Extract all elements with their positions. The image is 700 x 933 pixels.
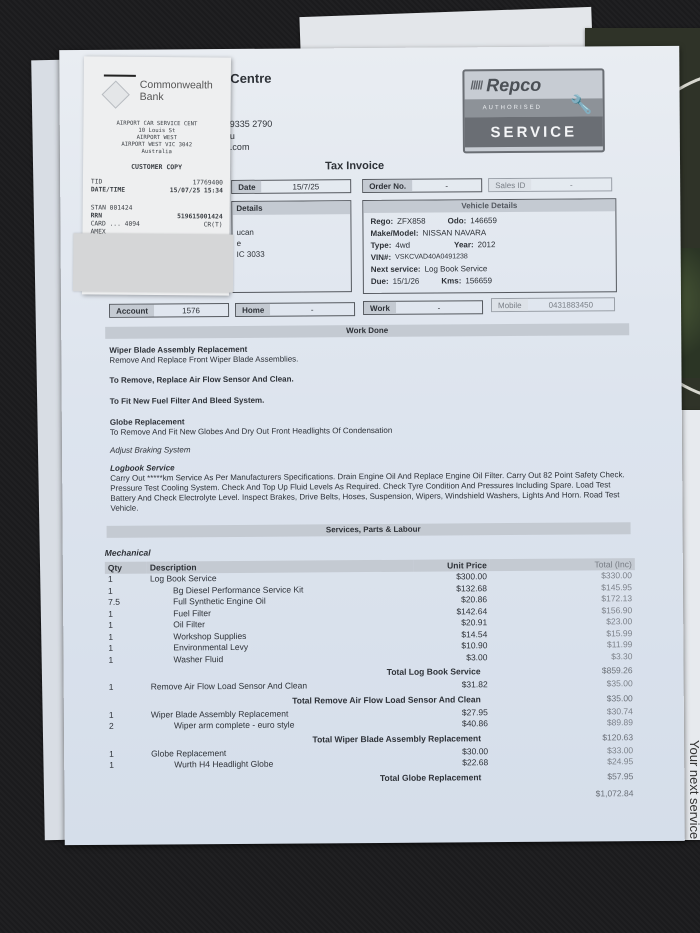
line-qty: 1 (105, 620, 147, 632)
customer-copy-label: CUSTOMER COPY (83, 162, 230, 171)
line-unit-price: $22.68 (415, 757, 491, 769)
services-table: Qty Description Unit Price Total (Inc) 1… (105, 558, 637, 805)
line-qty: 1 (106, 709, 148, 721)
repco-service-logo: ///// Repco AUTHORISED SERVICE 🔧 (462, 68, 605, 153)
subtotal-label: Total Log Book Service (148, 663, 491, 681)
line-qty: 1 (106, 748, 148, 760)
subtotal-label: Total Remove Air Flow Load Sensor And Cl… (148, 691, 491, 709)
account-label: Account (110, 305, 154, 317)
order-no-label: Order No. (363, 180, 412, 192)
home-label: Home (236, 304, 270, 316)
company-email: u (230, 131, 235, 141)
receipt-field: CARD ... 4094CR(T) (91, 220, 223, 228)
subtotal-value: $1,072.84 (491, 784, 636, 803)
subtotal-value: $57.95 (491, 768, 636, 785)
line-unit-price: $3.00 (414, 652, 490, 664)
work-item-detail: Remove And Replace Front Wiper Blade Ass… (109, 355, 298, 365)
services-header: Services, Parts & Labour (107, 522, 631, 538)
customer-details-header: Details (232, 201, 350, 215)
line-total: $145.95 (490, 582, 635, 595)
covering-tape (73, 233, 234, 292)
line-qty: 1 (105, 654, 147, 666)
line-total: $172.13 (490, 593, 635, 606)
work-item: To Fit New Fuel Filter And Bleed System. (110, 393, 630, 407)
line-qty: 1 (105, 574, 147, 586)
company-website: .com (230, 142, 250, 152)
work-item: Adjust Braking System (110, 442, 630, 456)
vehicle-details-box: Vehicle Details Rego: ZFX858 Odo: 146659… (362, 198, 617, 294)
document-title: Tax Invoice (325, 160, 384, 172)
work-item: To Remove, Replace Air Flow Sensor And C… (110, 372, 630, 386)
line-unit-price: $20.91 (414, 617, 490, 629)
bank-name: Commonwealth Bank (140, 79, 213, 104)
date-field: Date 15/7/25 (231, 179, 351, 194)
subtotal-value: $120.63 (491, 729, 636, 746)
vin-label: VIN#: (371, 252, 392, 264)
home-value: - (270, 305, 354, 315)
odo-label: Odo: (448, 215, 467, 227)
eftpos-receipt: Commonwealth Bank AIRPORT CAR SERVICE CE… (82, 56, 231, 295)
bank-logo-icon (102, 80, 130, 108)
line-total: $15.99 (490, 628, 635, 641)
date-label: Date (232, 181, 261, 193)
work-done-header: Work Done (105, 323, 629, 339)
sales-id-label: Sales ID (489, 179, 531, 191)
logo-stripes-icon: ///// (470, 78, 482, 92)
line-total: $33.00 (491, 745, 636, 758)
date-value: 15/7/25 (262, 182, 351, 192)
line-unit-price: $27.95 (415, 707, 491, 719)
customer-line: e (233, 237, 351, 249)
kms-label: Kms: (441, 275, 461, 287)
line-unit-price: $20.86 (414, 594, 490, 606)
mobile-label: Mobile (492, 299, 528, 311)
line-total: $156.90 (490, 605, 635, 618)
work-item: Logbook Service Carry Out *****km Servic… (110, 460, 630, 514)
sales-id-value: - (531, 180, 611, 190)
company-phone: 9335 2790 (230, 119, 273, 129)
qty-header: Qty (105, 562, 147, 574)
work-item: Wiper Blade Assembly Replacement Remove … (109, 342, 629, 366)
order-no-field: Order No. - (362, 178, 482, 193)
category-label: Mechanical (105, 548, 151, 558)
odo-value: 146659 (470, 215, 497, 227)
kms-value: 156659 (465, 275, 492, 287)
work-item-detail: To Remove And Fit New Globes And Dry Out… (110, 426, 392, 437)
customer-details-box: Details ucan e IC 3033 (231, 200, 352, 293)
subtotal-value: $35.00 (491, 690, 636, 707)
receipt-field: STAN 001424 (91, 204, 223, 212)
due-label: Due: (371, 276, 389, 288)
home-phone-field: Home - (235, 302, 355, 317)
mobile-value: 0431883450 (528, 300, 614, 310)
rego-value: ZFX858 (397, 216, 426, 228)
line-total: $89.89 (491, 717, 636, 730)
line-total: $3.30 (490, 651, 635, 664)
work-value: - (396, 303, 482, 313)
type-value: 4wd (395, 240, 410, 252)
due-value: 15/1/26 (393, 276, 420, 288)
line-qty: 1 (105, 585, 147, 597)
customer-line: ucan (232, 226, 350, 238)
line-unit-price: $40.86 (415, 718, 491, 730)
vehicle-details-header: Vehicle Details (363, 199, 615, 213)
subtotal-label (148, 785, 491, 805)
make-model-value: NISSAN NAVARA (422, 227, 486, 239)
line-qty: 1 (105, 631, 147, 643)
line-total: $330.00 (490, 570, 635, 583)
rego-label: Rego: (370, 216, 393, 228)
work-item-title: To Remove, Replace Air Flow Sensor And C… (110, 372, 630, 386)
sales-id-field: Sales ID - (488, 177, 612, 192)
receipt-field: TID17769400 (91, 178, 223, 186)
subtotal-value: $859.26 (491, 662, 636, 679)
subtotal-label: Total Wiper Blade Assembly Replacement (148, 730, 491, 748)
line-unit-price: $142.64 (414, 606, 490, 618)
mobile-field: Mobile 0431883450 (491, 297, 615, 312)
next-service-label: Next service: (371, 264, 421, 276)
receipt-field: DATE/TIME15/07/25 15:34 (91, 186, 223, 194)
line-unit-price: $132.68 (414, 583, 490, 595)
wrench-icon: 🔧 (570, 94, 593, 115)
work-label: Work (364, 302, 396, 314)
account-value: 1576 (154, 306, 228, 316)
line-total: $11.99 (490, 639, 635, 652)
line-unit-price: $300.00 (414, 571, 490, 583)
customer-line: IC 3033 (233, 248, 351, 260)
receipt-field: RRN519615001424 (91, 212, 223, 220)
line-qty: 7.5 (105, 597, 147, 609)
total-header: Total (Inc) (490, 558, 635, 571)
line-qty: 2 (106, 721, 148, 733)
line-qty: 1 (106, 760, 148, 772)
work-item: Globe Replacement To Remove And Fit New … (110, 414, 630, 438)
work-phone-field: Work - (363, 300, 483, 315)
line-total: $30.74 (491, 706, 636, 719)
year-value: 2012 (478, 239, 496, 251)
unit-price-header: Unit Price (414, 559, 490, 572)
next-service-value: Log Book Service (425, 263, 488, 275)
line-qty: 1 (106, 682, 148, 694)
make-model-label: Make/Model: (370, 228, 418, 240)
line-unit-price: $14.54 (414, 629, 490, 641)
type-label: Type: (371, 240, 392, 252)
line-unit-price: $10.90 (414, 640, 490, 652)
account-field: Account 1576 (109, 303, 229, 318)
line-total: $24.95 (491, 756, 636, 769)
logo-service: SERVICE (465, 116, 603, 147)
line-qty: 1 (105, 608, 147, 620)
work-item-detail: Carry Out *****km Service As Per Manufac… (110, 470, 625, 513)
year-label: Year: (454, 239, 474, 251)
line-total: $23.00 (490, 616, 635, 629)
work-item-detail: Adjust Braking System (110, 445, 191, 455)
work-item-title: Wiper Blade Assembly Replacement (109, 342, 629, 356)
logo-brand: Repco (486, 74, 541, 95)
line-qty: 1 (105, 643, 147, 655)
vin-value: VSKCVAD40A0491238 (395, 251, 468, 264)
line-unit-price: $31.82 (415, 679, 491, 691)
grand-total-row: $1,072.84 (106, 784, 636, 806)
order-no-value: - (412, 181, 481, 190)
line-total: $35.00 (491, 678, 636, 691)
merchant-address: AIRPORT CAR SERVICE CENT 10 Louis St AIR… (83, 120, 230, 156)
line-unit-price: $30.00 (415, 746, 491, 758)
subtotal-label: Total Globe Replacement (148, 769, 491, 787)
work-item-title: To Fit New Fuel Filter And Bleed System. (110, 393, 630, 407)
